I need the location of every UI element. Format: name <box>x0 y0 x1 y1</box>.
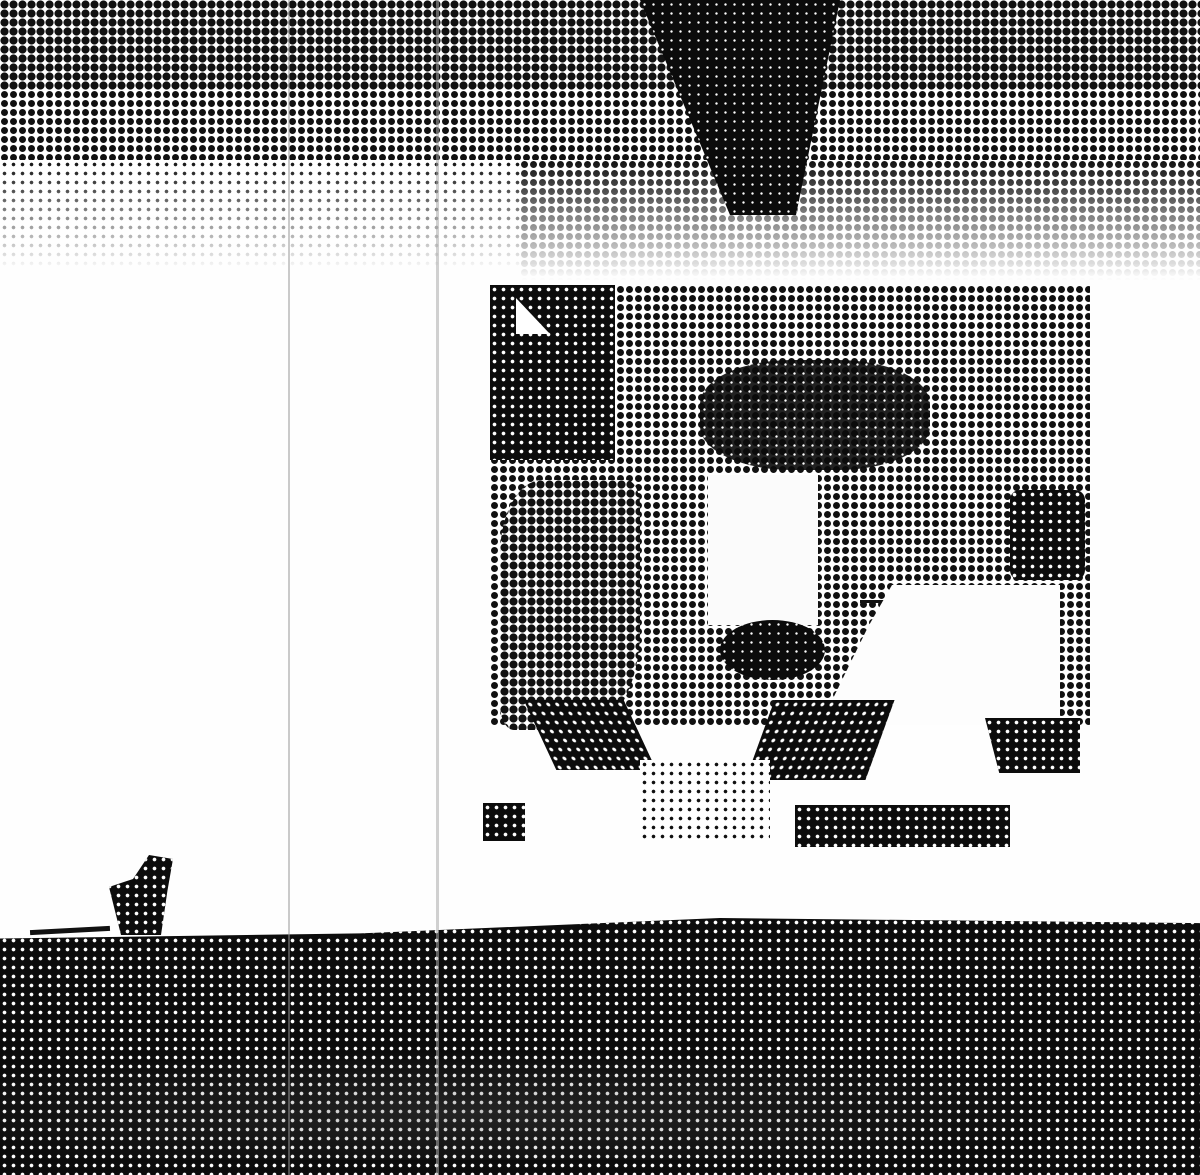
structure-window <box>708 475 818 625</box>
figure-pole <box>30 926 110 935</box>
sky-band-light-left <box>0 160 520 270</box>
structure-dark-oval <box>720 620 825 680</box>
lower-dark-right <box>985 718 1080 773</box>
structure-left-mass <box>500 480 640 730</box>
lower-light-block <box>640 760 770 840</box>
sky-band-dark <box>0 0 1200 90</box>
sky-band-mid <box>0 90 1200 160</box>
structure-right-dark-block <box>1010 490 1085 580</box>
small-dark-square <box>483 803 525 841</box>
halftone-photograph <box>0 0 1200 1175</box>
fold-crease-left <box>288 0 290 1175</box>
dark-bar <box>795 805 1010 847</box>
sky-band-light-right <box>520 160 1200 280</box>
structure-dark-corner <box>490 285 615 460</box>
small-figure <box>105 855 185 935</box>
fold-crease-right <box>436 0 439 1175</box>
structure-top-dark-band <box>700 360 930 470</box>
sky-region <box>0 0 1200 290</box>
ground-shading <box>0 1040 1200 1160</box>
